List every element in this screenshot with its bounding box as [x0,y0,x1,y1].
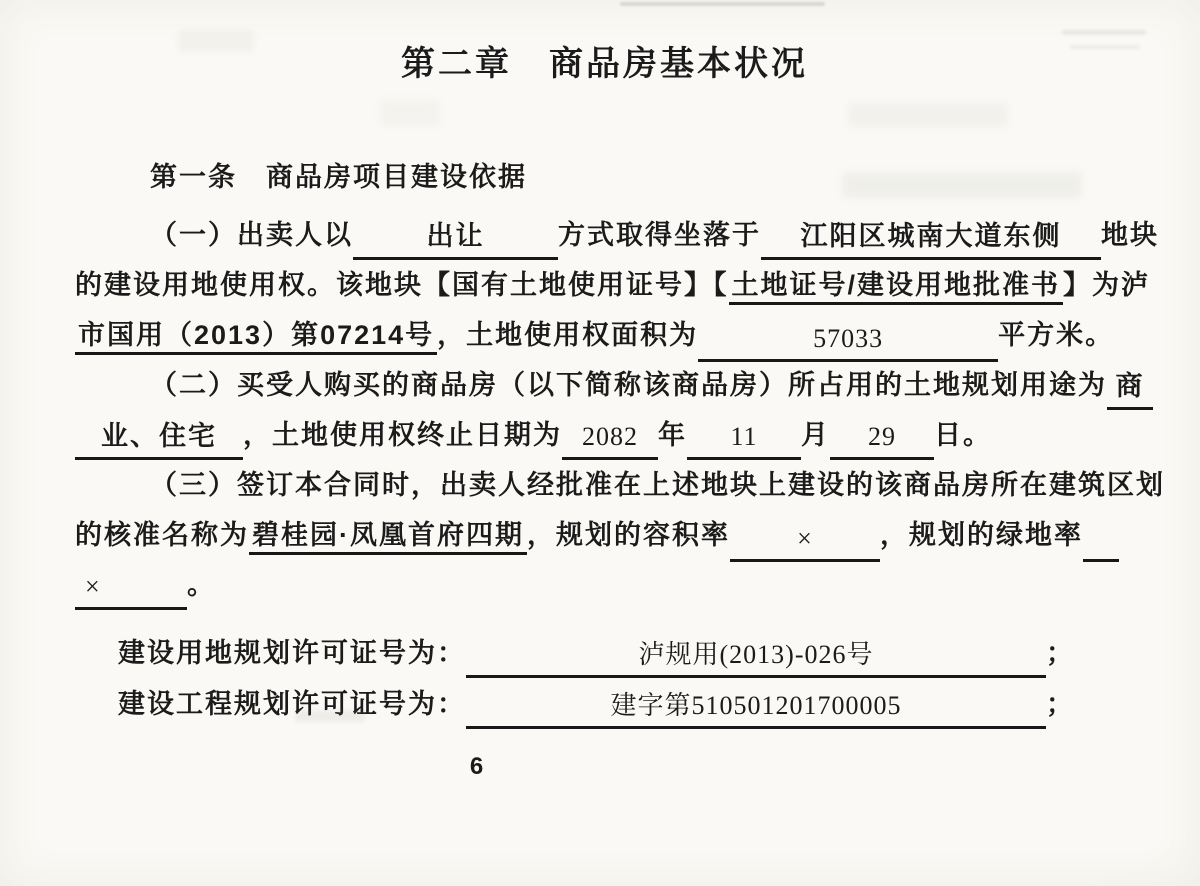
clause-1-line-1: （一）出卖人以出让方式取得坐落于江阳区城南大道东侧地块 [75,210,1134,260]
chapter-title: 第二章 商品房基本状况 [75,38,1134,90]
text-run: ，土地使用权面积为 [437,320,698,350]
clause-2-line-2: 业、住宅，土地使用权终止日期为2082年11月29日。 [75,410,1134,460]
text-run: （二）买受人购买的商品房（以下简称该商品房）所占用的土地规划用途为 [150,370,1107,400]
page-content: 第二章 商品房基本状况 第一条 商品房项目建设依据 （一）出卖人以出让方式取得坐… [0,0,1200,781]
text-run: （三）签订本合同时，出卖人经批准在上述地块上建设的该商品房所在建筑区划 [150,470,1165,500]
underlined-text: 土地证号/建设用地批准书 [729,270,1064,305]
text-run: ，规划的绿地率 [880,520,1083,550]
contract-body: （一）出卖人以出让方式取得坐落于江阳区城南大道东侧地块的建设用地使用权。该地块【… [75,210,1134,729]
text-run: 地块 [1101,220,1159,250]
text-run: 的建设用地使用权。该地块【国有土地使用证号】【 [75,270,729,300]
underlined-text: 市国用（2013）第07214号 [75,320,437,355]
text-run: 日。 [934,420,992,450]
scanned-contract-page: 第二章 商品房基本状况 第一条 商品房项目建设依据 （一）出卖人以出让方式取得坐… [0,0,1200,886]
clause-3-line-1: （三）签订本合同时，出卖人经批准在上述地块上建设的该商品房所在建筑区划 [75,460,1134,510]
text-run: 的核准名称为 [75,520,249,550]
text-run: 建设用地规划许可证号为： [118,638,466,668]
fill-in-value: 泸规用(2013)-026号 [466,637,1046,678]
fill-in-value: 业、住宅 [75,419,243,460]
text-run: （一）出卖人以 [150,220,353,250]
fill-in-value: 出让 [353,219,558,260]
fill-in-value: 商 [1107,369,1153,410]
fill-in-value: × [75,569,187,610]
text-run: 平方米。 [998,320,1114,350]
clause-1-line-2: 的建设用地使用权。该地块【国有土地使用证号】【土地证号/建设用地批准书】为泸 [75,260,1134,310]
article-heading: 第一条 商品房项目建设依据 [75,156,1134,198]
fill-in-value: × [730,521,880,562]
text-run: ； [1046,638,1075,668]
fill-in-value: 2082 [562,419,658,460]
construction-planning-permit-line: 建设工程规划许可证号为：建字第510501201700005； [75,679,1134,729]
fill-in-value: 29 [830,419,934,460]
underlined-text: 碧桂园·凤凰首府四期 [249,520,527,555]
fill-in-value: 57033 [698,321,998,362]
land-planning-permit-line: 建设用地规划许可证号为：泸规用(2013)-026号； [75,628,1134,678]
text-run: ，规划的容积率 [527,520,730,550]
text-run: ； [1046,689,1075,719]
text-run: 方式取得坐落于 [558,220,761,250]
clause-3-line-3: ×。 [75,560,1134,610]
clause-2-line-1: （二）买受人购买的商品房（以下简称该商品房）所占用的土地规划用途为商 [75,360,1134,410]
text-run: 。 [187,570,216,600]
fill-in-value: 江阳区城南大道东侧 [761,219,1101,260]
fill-in-value: 11 [687,419,801,460]
page-number: 6 [0,753,1006,781]
text-run: ，土地使用权终止日期为 [243,420,562,450]
clause-1-line-3: 市国用（2013）第07214号，土地使用权面积为57033平方米。 [75,310,1134,360]
blank-underline [1083,521,1119,562]
clause-3-line-2: 的核准名称为碧桂园·凤凰首府四期，规划的容积率×，规划的绿地率 [75,510,1134,560]
text-run: 】为泸 [1063,270,1150,300]
fill-in-value: 建字第510501201700005 [466,688,1046,729]
text-run: 建设工程规划许可证号为： [118,689,466,719]
text-run: 月 [801,420,830,450]
text-run: 年 [658,420,687,450]
